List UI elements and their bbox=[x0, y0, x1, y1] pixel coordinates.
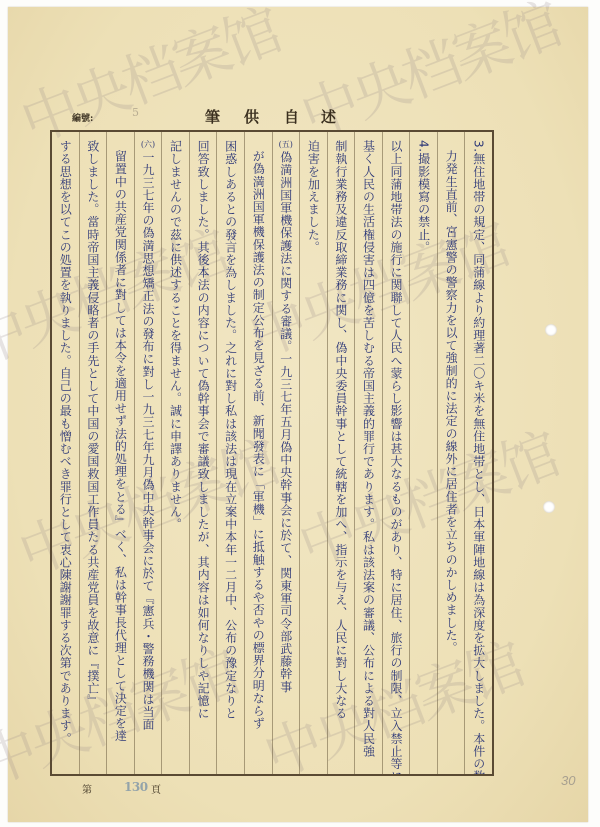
section-marker: (六) bbox=[141, 140, 155, 150]
manuscript-column: 致しました。當時帝国主義侵略者の手先として中国の愛国救国工作員たる共産党員を故意… bbox=[79, 132, 107, 774]
page-number-suffix: 頁 bbox=[151, 781, 161, 796]
handwritten-line: 4.撮影模寫の禁止。 bbox=[411, 140, 437, 253]
punch-hole bbox=[543, 501, 555, 513]
handwritten-line: 力発生直前、宮憲警の警察力を以て強制的に法定の線外に居住者を立ちのかしめました。 bbox=[438, 150, 464, 654]
form-title-char: 述 bbox=[321, 106, 336, 127]
manuscript-column: 4.撮影模寫の禁止。 bbox=[409, 132, 437, 774]
handwritten-line: 以上同蒲地帯法の施行に関聯して人民へ蒙らし影響は甚大なるものがあり、特に居住、旅… bbox=[383, 140, 409, 774]
manuscript-column: 以上同蒲地帯法の施行に関聯して人民へ蒙らし影響は甚大なるものがあり、特に居住、旅… bbox=[382, 132, 410, 774]
handwritten-line: 迫害を加えました。 bbox=[300, 140, 326, 253]
section-marker: (五) bbox=[279, 140, 293, 150]
manuscript-column: 回答致しました。其後本法の内容について偽幹事会で審議致しましたが、其内容は如何な… bbox=[189, 132, 217, 774]
pencil-annotation: 30 bbox=[561, 773, 575, 788]
handwritten-line: 留置中の共産党関係者に對しては本令を適用せず法的処理をとる』べく、私は幹事長代理… bbox=[107, 150, 133, 742]
handwritten-line: 記しませんので茲に供述することを得ません。誠に申譯ありません。 bbox=[163, 140, 189, 531]
manuscript-column: 基く人民の生活権侵害は四億を苦しむる帝国主義的罪行であります。私は該法案の審議、… bbox=[354, 132, 382, 774]
handwritten-line: が偽満洲国軍機保護法の制定公布を見ざる前、新聞發表に「軍機」に抵触するや否やの標… bbox=[245, 150, 271, 730]
manuscript-column: (六) 一九三七年の偽満思想矯正法の發布に對し一九三七年九月偽中央幹事会に於て『… bbox=[134, 132, 162, 774]
manuscript-column: 留置中の共産党関係者に對しては本令を適用せず法的処理をとる』べく、私は幹事長代理… bbox=[106, 132, 134, 774]
handwritten-line: 制執行業務及違反取締業務に関し、偽中央委員幹事として統轄を加へ、指示を与え、人民… bbox=[328, 140, 354, 720]
manuscript-column: 力発生直前、宮憲警の警察力を以て強制的に法定の線外に居住者を立ちのかしめました。 bbox=[437, 132, 465, 774]
manuscript-column: する思想を以てこの処置を執りました。自己の最も憎むべき罪行として衷心陳謝謝罪する… bbox=[52, 132, 79, 774]
serial-number-value: 5 bbox=[132, 106, 139, 119]
form-title-char: 自 bbox=[284, 106, 299, 127]
handwritten-line: する思想を以てこの処置を執りました。自己の最も憎むべき罪行として衷心陳謝謝罪する… bbox=[52, 140, 78, 745]
manuscript-column: (五) 偽満洲国軍機保護法に関する審議。一九三七年五月偽中央幹事会に於て、関東軍… bbox=[272, 132, 300, 774]
manuscript-grid: 3.無住地帯の規定、同蒲線より約理著二〇キ米を無住地帯とし、日本軍陣地線は為深度… bbox=[50, 130, 494, 776]
page-number-stamp: 130 bbox=[124, 780, 148, 794]
manuscript-column: 3.無住地帯の規定、同蒲線より約理著二〇キ米を無住地帯とし、日本軍陣地線は為深度… bbox=[464, 132, 492, 774]
handwritten-line: 回答致しました。其後本法の内容について偽幹事会で審議致しましたが、其内容は如何な… bbox=[190, 140, 216, 720]
manuscript-column: 記しませんので茲に供述することを得ません。誠に申譯ありません。 bbox=[161, 132, 189, 774]
manuscript-column: 迫害を加えました。 bbox=[299, 132, 327, 774]
form-title-char: 供 bbox=[244, 106, 259, 127]
handwritten-line: 偽満洲国軍機保護法に関する審議。一九三七年五月偽中央幹事会に於て、関東軍司令部武… bbox=[273, 151, 299, 693]
handwritten-line: 致しました。當時帝国主義侵略者の手先として中国の愛国救国工作員たる共産党員を故意… bbox=[80, 140, 106, 707]
handwritten-line: 困惑しあるとの發言を為しました。之れに對し私は該法は現在立案中本年一二月中、公布… bbox=[218, 140, 244, 720]
manuscript-column: が偽満洲国軍機保護法の制定公布を見ざる前、新聞發表に「軍機」に抵触するや否やの標… bbox=[244, 132, 272, 774]
handwritten-line: 一九三七年の偽満思想矯正法の發布に對し一九三七年九月偽中央幹事会に於て『憲兵・警… bbox=[135, 151, 161, 731]
punch-hole bbox=[545, 324, 557, 336]
form-title-char: 筆 bbox=[205, 106, 220, 127]
manuscript-column: 困惑しあるとの發言を為しました。之れに對し私は該法は現在立案中本年一二月中、公布… bbox=[216, 132, 244, 774]
handwritten-line: 3.無住地帯の規定、同蒲線より約理著二〇キ米を無住地帯とし、日本軍陣地線は為深度… bbox=[466, 140, 492, 774]
handwritten-line: 基く人民の生活権侵害は四億を苦しむる帝国主義的罪行であります。私は該法案の審議、… bbox=[355, 140, 381, 757]
serial-number-label: 編號: bbox=[72, 111, 93, 124]
page-number-prefix: 第 bbox=[82, 781, 92, 796]
manuscript-column: 制執行業務及違反取締業務に関し、偽中央委員幹事として統轄を加へ、指示を与え、人民… bbox=[327, 132, 355, 774]
